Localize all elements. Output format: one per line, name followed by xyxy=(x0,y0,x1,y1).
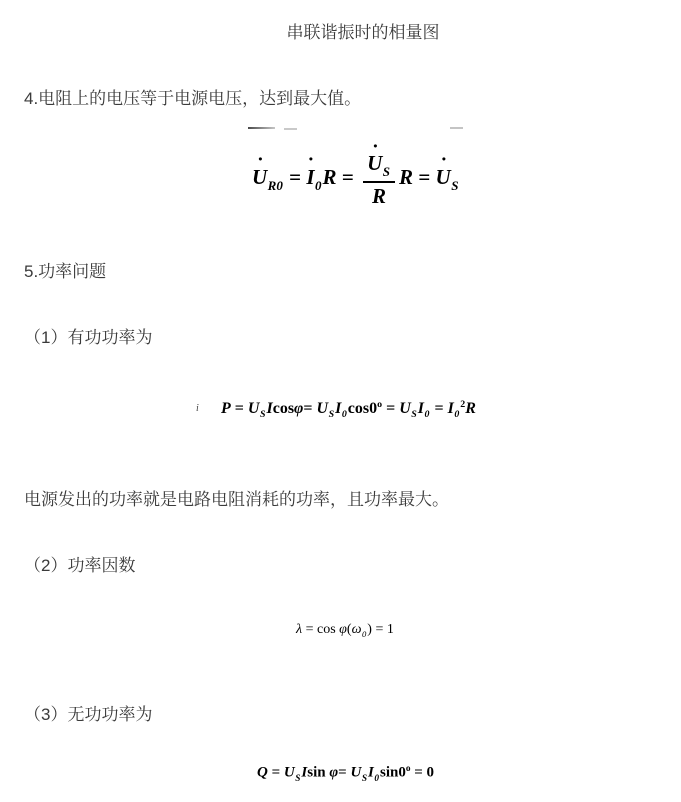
paragraph-power-note: 电源发出的功率就是电路电阻消耗的功率，且功率最大。 xyxy=(24,489,449,510)
subitem-1-label: （1）有功功率为 xyxy=(24,327,152,348)
formula-active-power: P = USIcosφ= USI0cos0o = USI0 = I02R xyxy=(221,399,476,421)
document-page: 串联谐振时的相量图 4.电阻上的电压等于电源电压，达到最大值。 ˙UR0 = ˙… xyxy=(0,0,681,802)
formula-power-factor: λ = cos φ(ω0) = 1 xyxy=(296,622,394,639)
scan-artifact-dash xyxy=(284,128,297,130)
paragraph-point4: 4.电阻上的电压等于电源电压，达到最大值。 xyxy=(24,88,361,109)
scan-artifact-dash xyxy=(248,127,275,129)
formula-reactive-power: Q = USIsin φ= USI0sin0o = 0 xyxy=(257,764,434,784)
page-title: 串联谐振时的相量图 xyxy=(46,22,680,43)
subitem-3-label: （3）无功功率为 xyxy=(24,704,152,725)
subitem-2-label: （2）功率因数 xyxy=(24,555,135,576)
paragraph-point5: 5.功率问题 xyxy=(24,261,106,282)
stray-mark: i xyxy=(196,403,199,414)
formula-resistor-voltage: ˙UR0 = ˙I0R = ˙USRR = ˙US xyxy=(252,152,459,207)
scan-artifact-dash xyxy=(450,127,463,129)
